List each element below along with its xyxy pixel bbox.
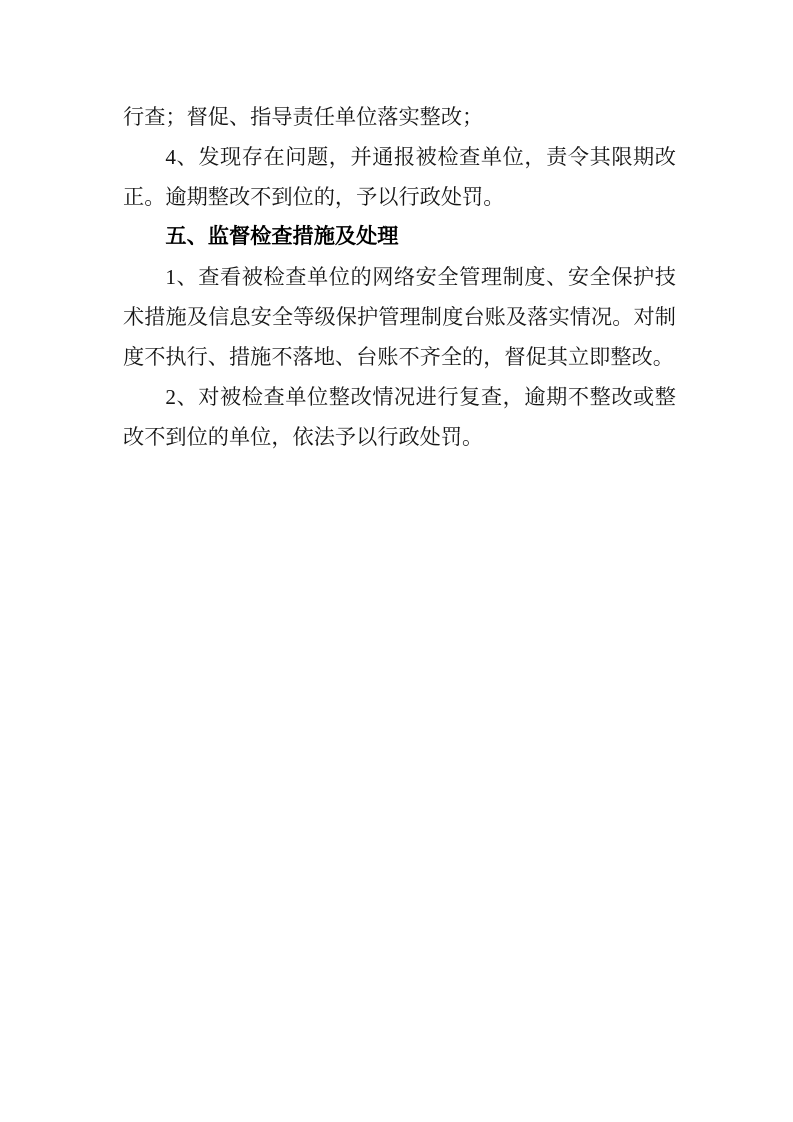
document-text-block: 行查；督促、指导责任单位落实整改； 4、发现存在问题，并通报被检查单位，责令其限… xyxy=(123,97,676,457)
paragraph-continuation-line: 行查；督促、指导责任单位落实整改； xyxy=(123,97,676,137)
paragraph-item-4: 4、发现存在问题，并通报被检查单位，责令其限期改正。逾期整改不到位的，予以行政处… xyxy=(123,137,676,217)
section-heading: 五、监督检查措施及处理 xyxy=(123,217,676,257)
paragraph-item-1: 1、查看被检查单位的网络安全管理制度、安全保护技术措施及信息安全等级保护管理制度… xyxy=(123,257,676,377)
paragraph-item-2: 2、对被检查单位整改情况进行复查，逾期不整改或整改不到位的单位，依法予以行政处罚… xyxy=(123,377,676,457)
document-page: 行查；督促、指导责任单位落实整改； 4、发现存在问题，并通报被检查单位，责令其限… xyxy=(0,0,793,1122)
